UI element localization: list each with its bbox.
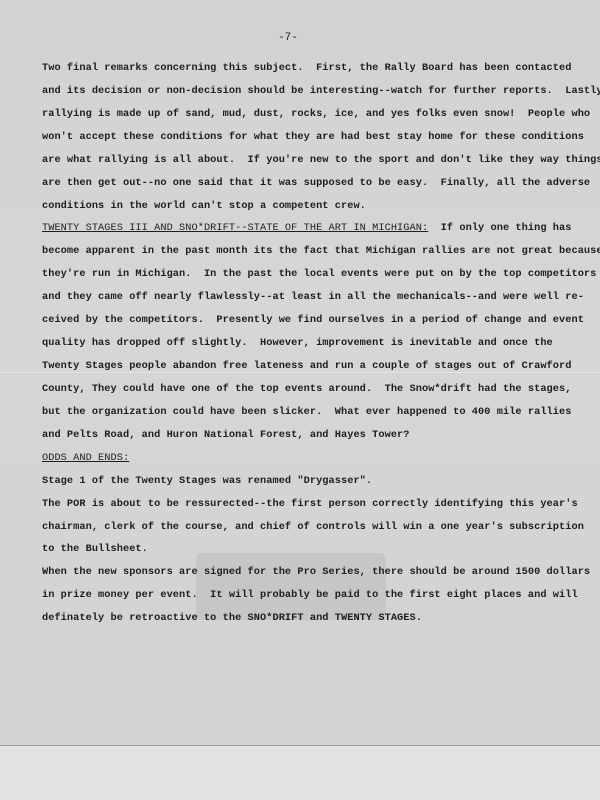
paragraph-line: and Pelts Road, and Huron National Fores… xyxy=(42,429,410,441)
paragraph-line: definately be retroactive to the SNO*DRI… xyxy=(42,612,422,624)
paragraph-line: The POR is about to be ressurected--the … xyxy=(42,498,578,510)
heading-continuation: If only one thing has xyxy=(428,222,571,234)
paragraph-line: they're run in Michigan. In the past the… xyxy=(42,268,596,280)
paragraph-line: chairman, clerk of the course, and chief… xyxy=(42,521,584,533)
stain-shading xyxy=(196,553,386,620)
paragraph-line: become apparent in the past month its th… xyxy=(42,245,600,257)
paragraph-line: conditions in the world can't stop a com… xyxy=(42,200,366,212)
paper-fold xyxy=(0,372,600,374)
paragraph-line: and its decision or non-decision should … xyxy=(42,85,600,97)
section-heading: TWENTY STAGES III AND SNO*DRIFT--STATE O… xyxy=(42,222,428,234)
paragraph-line: are then get out--no one said that it wa… xyxy=(42,177,590,189)
paragraph-line: won't accept these conditions for what t… xyxy=(42,131,584,143)
paragraph-line: Two final remarks concerning this subjec… xyxy=(42,62,571,74)
paragraph-line: ceived by the competitors. Presently we … xyxy=(42,314,584,326)
section-heading-line: TWENTY STAGES III AND SNO*DRIFT--STATE O… xyxy=(42,222,572,234)
document-page: -7- Two final remarks concerning this su… xyxy=(0,0,600,800)
paragraph-line: but the organization could have been sli… xyxy=(42,406,571,418)
paragraph-line: are what rallying is all about. If you'r… xyxy=(42,154,600,166)
paragraph-line: Stage 1 of the Twenty Stages was renamed… xyxy=(42,475,372,487)
paragraph-line: Twenty Stages people abandon free latene… xyxy=(42,360,571,372)
paragraph-line: County, They could have one of the top e… xyxy=(42,383,571,395)
page-bottom-edge xyxy=(0,745,600,800)
paragraph-line: and they came off nearly flawlessly--at … xyxy=(42,291,584,303)
section-heading: ODDS AND ENDS: xyxy=(42,452,129,464)
paragraph-line: quality has dropped off slightly. Howeve… xyxy=(42,337,553,349)
paragraph-line: When the new sponsors are signed for the… xyxy=(42,566,590,578)
body-text: Two final remarks concerning this subjec… xyxy=(42,0,67,348)
paragraph-line: in prize money per event. It will probab… xyxy=(42,589,578,601)
paragraph-line: rallying is made up of sand, mud, dust, … xyxy=(42,108,590,120)
paragraph-line: to the Bullsheet. xyxy=(42,543,148,555)
page-number: -7- xyxy=(278,32,298,44)
